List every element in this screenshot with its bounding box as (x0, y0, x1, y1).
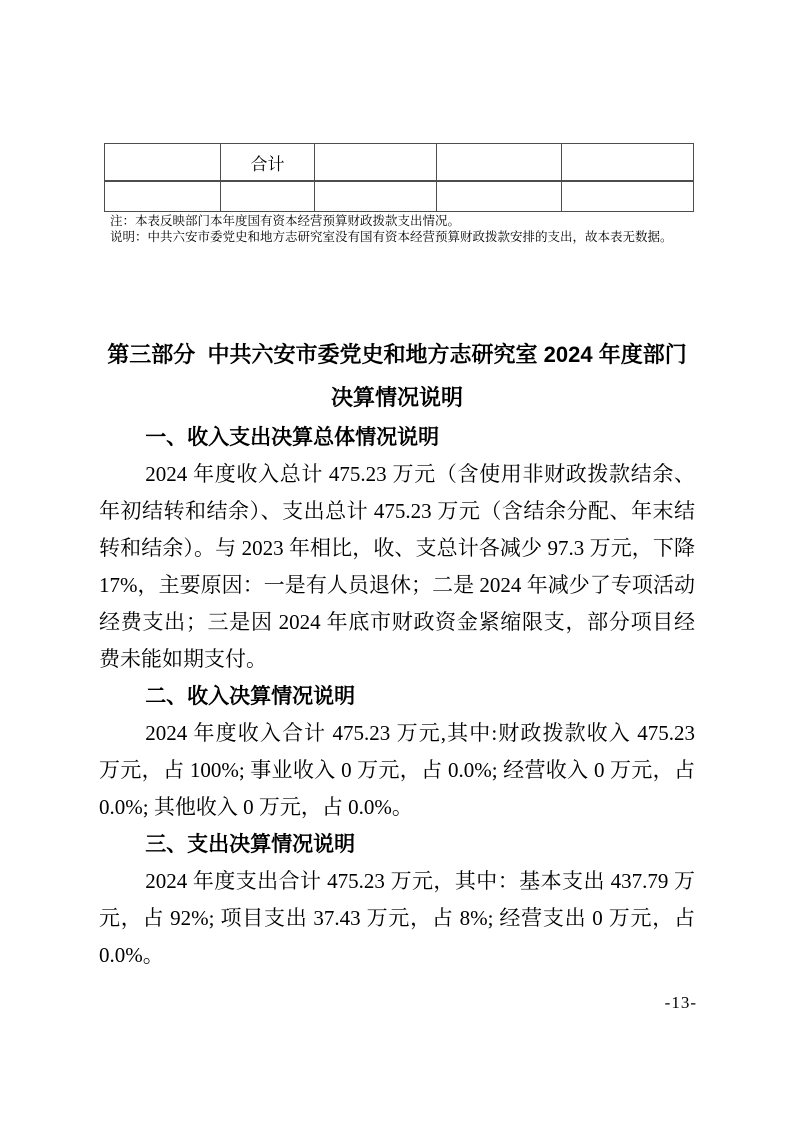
document-body: 第三部分 中共六安市委党史和地方志研究室 2024 年度部门 决算情况说明 一、… (99, 333, 695, 974)
table-cell (315, 181, 437, 212)
table-header-cell (562, 144, 694, 182)
table-data-row (105, 181, 694, 212)
table-cell (437, 181, 562, 212)
table-header-cell (105, 144, 221, 182)
table-header-row: 合计 (105, 144, 694, 182)
table-header-cell (437, 144, 562, 182)
document-title-line1: 第三部分 中共六安市委党史和地方志研究室 2024 年度部门 (99, 333, 695, 376)
state-capital-budget-table: 合计 (104, 143, 694, 212)
section-1-paragraph: 2024 年度收入总计 475.23 万元（含使用非财政拨款结余、年初结转和结余… (99, 456, 695, 678)
section-3-heading: 三、支出决算情况说明 (99, 826, 695, 863)
page-number: -13- (665, 993, 697, 1013)
table-header-cell (315, 144, 437, 182)
section-1-heading: 一、收入支出决算总体情况说明 (99, 419, 695, 456)
table-notes: 注：本表反映部门本年度国有资本经营预算财政拨款支出情况。 说明：中共六安市委党史… (110, 214, 720, 245)
table-cell (562, 181, 694, 212)
table-cell (105, 181, 221, 212)
section-2-paragraph: 2024 年度收入合计 475.23 万元,其中:财政拨款收入 475.23 万… (99, 715, 695, 826)
table-note-2: 说明：中共六安市委党史和地方志研究室没有国有资本经营预算财政拨款安排的支出，故本… (110, 230, 720, 246)
document-title-line2: 决算情况说明 (99, 376, 695, 419)
budget-table: 合计 (104, 143, 694, 212)
document-page: 合计 注：本表反映部门本年度国有资本经营预算财政拨款支出情况。 说明：中共六安市… (0, 0, 793, 1122)
table-cell (221, 181, 315, 212)
section-2-heading: 二、收入决算情况说明 (99, 678, 695, 715)
section-3-paragraph: 2024 年度支出合计 475.23 万元，其中：基本支出 437.79 万元，… (99, 863, 695, 974)
table-header-cell-total: 合计 (221, 144, 315, 182)
table-note-1: 注：本表反映部门本年度国有资本经营预算财政拨款支出情况。 (110, 214, 720, 230)
